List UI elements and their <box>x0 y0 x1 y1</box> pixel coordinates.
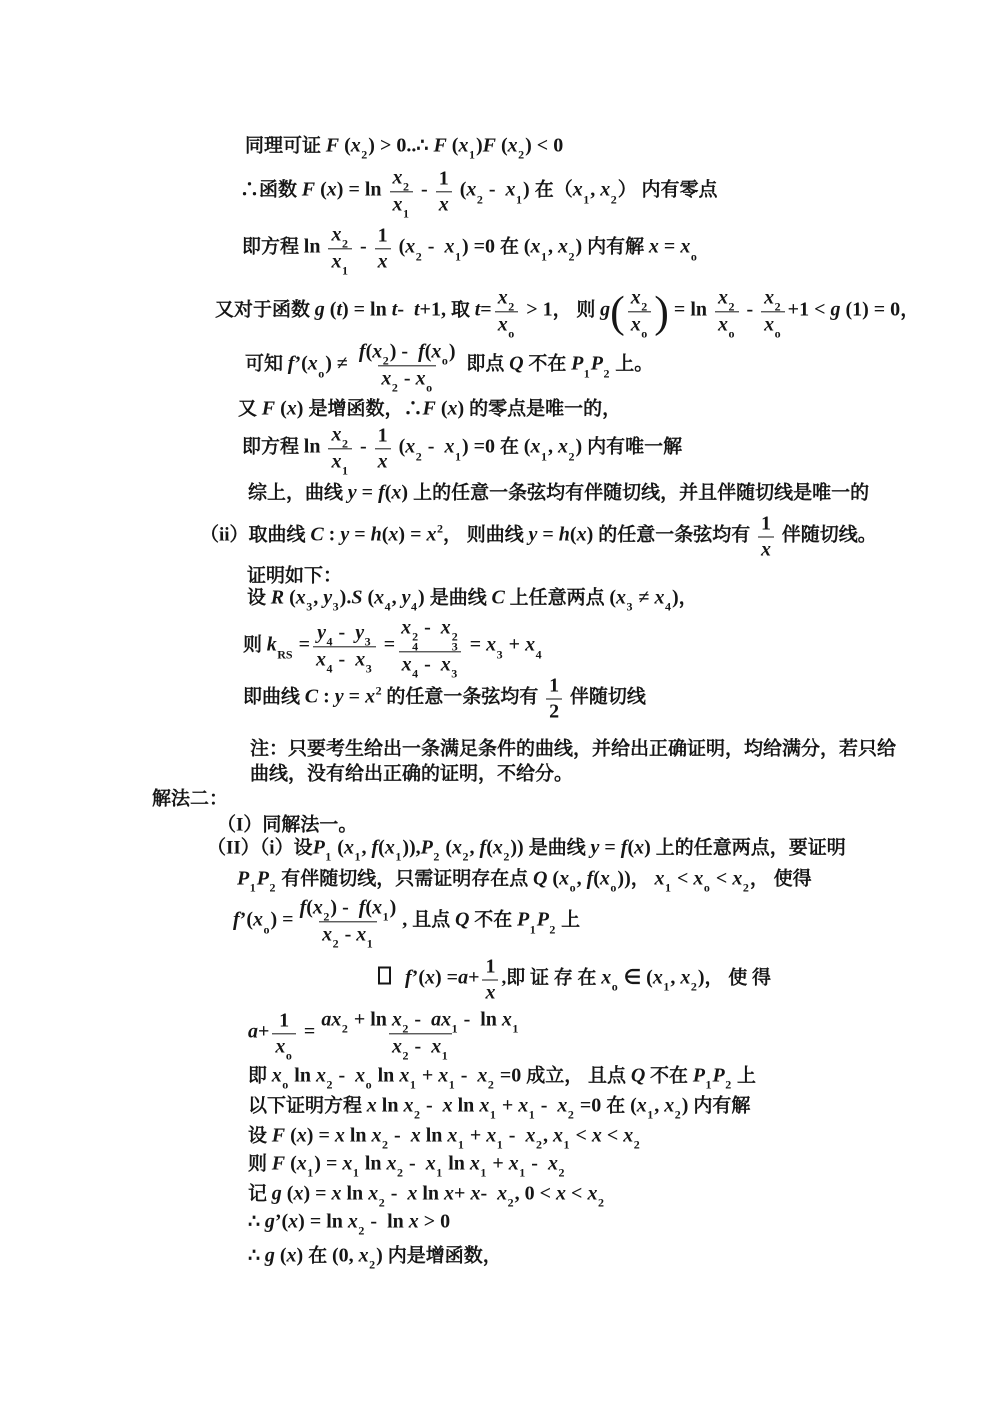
line-28: ∴ g’(x) = ln x2 - ln x > 0 <box>248 1210 450 1235</box>
text-run: 的任意一条弦均有 <box>598 525 755 546</box>
math-run: ≠ <box>634 586 655 608</box>
subscript: 1 <box>530 922 536 936</box>
fraction-numerator: ax2 + ln x2 - ax1 - ln x1 <box>318 1007 522 1033</box>
math-run: ) < 0 <box>525 134 563 156</box>
math-run: x <box>623 1124 633 1146</box>
math-run: x <box>372 896 382 918</box>
math-run: + <box>497 1094 518 1116</box>
math-run: - <box>536 1094 558 1116</box>
text-run: 有伴随切线，只需证明存在点 <box>276 868 533 889</box>
math-run: x <box>297 1152 307 1174</box>
math-run: x <box>558 436 568 458</box>
line-22: a+1xo =ax2 + ln x2 - ax1 - ln x1x2 - x1 <box>248 1007 525 1060</box>
subscript: 1 <box>541 249 547 263</box>
fraction-denominator: x2 - x1 <box>389 1034 452 1061</box>
math-run: ( <box>547 867 559 889</box>
fraction-numerator: 1 <box>436 167 452 192</box>
math-run: S <box>351 586 362 608</box>
line-8: 综上，曲线 y = f(x) 上的任意一条弦均有伴随切线，并且伴随切线是唯一的 <box>248 478 869 505</box>
math-run: x <box>392 1036 402 1058</box>
math-run: x <box>485 982 495 1004</box>
fraction-numerator: 1 <box>276 1008 292 1033</box>
text-run: 注：只要考生给出一条满足条件的曲线，并给出正确证明，均给满分，若只给 <box>250 739 896 760</box>
math-run: x <box>331 423 341 445</box>
math-run: x <box>680 236 690 258</box>
math-run: x <box>441 1008 451 1030</box>
math-run: x <box>601 967 611 989</box>
math-run: y <box>323 586 332 608</box>
math-run: x <box>631 286 641 308</box>
math-run: - <box>355 236 372 258</box>
math-run: - <box>399 368 416 390</box>
math-run: : <box>318 686 335 708</box>
missing-glyph-box <box>378 967 391 985</box>
math-run: F <box>272 1152 285 1174</box>
fraction: 1x <box>375 224 391 275</box>
math-run: = <box>379 634 395 656</box>
math-run: = <box>465 634 486 656</box>
subscript: 2 <box>604 366 610 380</box>
math-run: ). <box>340 586 352 608</box>
math-run: ( <box>325 299 337 321</box>
fraction-denominator: x2 - xo <box>378 366 436 393</box>
subscript: 2 <box>568 249 574 263</box>
text-run: 上任意两点 <box>505 587 610 608</box>
math-run: y <box>340 524 349 546</box>
math-run: , 0 < <box>515 1182 556 1204</box>
subscript: 2 <box>383 354 389 368</box>
fraction: y4 - y3x4 - x3 <box>313 620 376 673</box>
math-run: ) <box>672 586 679 608</box>
math-run: ln <box>360 1152 387 1174</box>
math-run: g <box>315 299 325 321</box>
subscript: 2 <box>342 437 348 451</box>
math-run: x <box>359 1244 369 1266</box>
math-run: x <box>441 654 451 676</box>
subscript: o <box>775 327 781 341</box>
math-run: x <box>331 251 341 273</box>
math-run: ( <box>284 586 296 608</box>
fraction-numerator: 1 <box>546 674 562 699</box>
text-run: ， <box>900 300 919 321</box>
line-2: ∴函数 F (x) = ln x2x1 - 1x (x2 - x1) 在（x1,… <box>240 165 718 218</box>
math-run: ) <box>297 1244 309 1266</box>
math-run: x <box>438 1064 448 1086</box>
math-run: P <box>591 353 603 375</box>
fraction: x2x1 <box>328 222 352 275</box>
text-run: 在 <box>606 1095 630 1116</box>
math-run: x <box>631 314 641 336</box>
subscript: 1 <box>584 366 590 380</box>
math-run: C <box>305 686 318 708</box>
math-run: x <box>498 286 508 308</box>
math-run: F <box>483 134 496 156</box>
math-run: , <box>577 867 587 889</box>
math-run: ’( <box>412 967 425 989</box>
math-run: ( <box>282 1182 294 1204</box>
math-run: ) =0 <box>462 436 500 458</box>
math-run: x <box>509 1152 519 1174</box>
math-run: x <box>732 867 742 889</box>
subscript: 3 <box>365 635 371 649</box>
math-run: ) <box>587 524 599 546</box>
math-run: Q <box>455 909 469 931</box>
math-run: 1 <box>439 168 449 190</box>
math-run: x <box>761 539 771 561</box>
math-run: R <box>271 586 284 608</box>
math-run: = <box>599 836 620 858</box>
math-run: h <box>559 524 570 546</box>
math-run: ) <box>644 836 656 858</box>
subscript: 3 <box>627 600 633 614</box>
fraction-denominator: x <box>436 192 452 218</box>
math-run: x <box>486 634 496 656</box>
math-run: x <box>385 836 395 858</box>
subscript: 2 <box>269 881 275 895</box>
fraction: x2xo <box>761 285 785 338</box>
math-run: x <box>372 340 382 362</box>
subscript: o <box>264 922 270 936</box>
subscript: 2 <box>416 449 422 463</box>
fraction: x2x1 <box>328 422 352 475</box>
math-run: - <box>386 1182 408 1204</box>
subscript: 2 <box>402 1022 408 1036</box>
math-run: ( <box>455 179 467 201</box>
subscript: 1 <box>583 192 589 206</box>
subscript: 2 <box>743 881 749 895</box>
fraction-denominator: x4 - x3 <box>313 647 376 674</box>
math-run: f <box>233 909 240 931</box>
subscript: 2 <box>598 1196 604 1210</box>
math-run: x <box>378 451 388 473</box>
fraction-denominator: x1 <box>328 449 352 476</box>
math-run: g <box>272 1182 282 1204</box>
fraction-denominator: 2 <box>546 699 562 725</box>
math-run: x <box>372 1124 382 1146</box>
math-run: ln <box>304 236 326 258</box>
math-run: , <box>590 179 600 201</box>
superscript: 2 <box>376 683 382 697</box>
math-run: F <box>262 398 275 420</box>
text-run: 在 <box>500 237 524 258</box>
math-run: x <box>508 134 518 156</box>
fraction: x24 - x23x4 - x3 <box>398 615 462 678</box>
math-run: x <box>253 909 263 931</box>
math-run: x <box>506 179 516 201</box>
math-run: ln <box>345 1124 372 1146</box>
subscript: 2 <box>416 249 422 263</box>
text-run: 即曲线 <box>243 687 305 708</box>
subscript: 2 <box>463 850 469 864</box>
math-run: - <box>416 179 433 201</box>
subscript: 2 <box>358 1224 364 1238</box>
subscript: 3 <box>306 600 312 614</box>
math-run: ( <box>394 436 406 458</box>
math-run: P <box>537 909 549 931</box>
math-run: ) = <box>303 1182 331 1204</box>
line-1: 同理可证 F (x2) > 0..∴ F (x1)F (x2) < 0 <box>245 130 563 159</box>
math-run: x <box>470 1182 480 1204</box>
math-run: ( <box>436 398 448 420</box>
subscript: 2 <box>549 922 555 936</box>
math-run: ln <box>342 1182 369 1204</box>
math-run: x <box>556 1182 566 1204</box>
math-run: , <box>543 1124 553 1146</box>
text-run: 伴随切线 <box>565 687 646 708</box>
math-run: x <box>559 867 569 889</box>
text-run: ∴ <box>248 1245 265 1266</box>
text-run: 即方程 <box>242 437 304 458</box>
subscript: o <box>691 249 697 263</box>
subscript: o <box>729 327 735 341</box>
text-run: ， 使得 <box>750 868 812 889</box>
line-29: ∴ g (x) 在 (0, x2) 内是增函数， <box>248 1240 502 1269</box>
math-run: x <box>316 649 326 671</box>
fraction: 1x <box>482 955 498 1006</box>
math-run: x <box>387 1152 397 1174</box>
math-run: - <box>526 1152 548 1174</box>
math-run: ) <box>297 398 309 420</box>
math-run: x <box>458 134 468 156</box>
math-run: x <box>664 1094 674 1116</box>
math-run: - <box>397 299 414 321</box>
fraction-denominator: x2 - x1 <box>319 922 377 949</box>
math-run: , <box>313 586 323 608</box>
math-run: x <box>331 223 341 245</box>
math-run: = <box>659 236 680 258</box>
fraction: x2xo <box>628 285 652 338</box>
math-run: + <box>487 1152 508 1174</box>
math-run: - <box>742 299 759 321</box>
math-run: x <box>365 686 375 708</box>
text-run: 不在 <box>645 1065 693 1086</box>
text-run: 上 <box>732 1065 756 1086</box>
math-run: x <box>426 524 436 546</box>
subscript: 1 <box>455 249 461 263</box>
line-21: f’(x) =a+1x,即 证 存 在 xo ∈ (x1, x2)， 使 得 <box>378 955 771 1006</box>
text-run: 即点 <box>462 354 510 375</box>
math-run: ln <box>304 436 326 458</box>
math-run: x <box>600 179 610 201</box>
math-run: x <box>764 314 774 336</box>
math-run: ( <box>447 134 459 156</box>
subscript: 1 <box>395 850 401 864</box>
math-run: ) ≠ <box>325 353 353 375</box>
math-run: y <box>402 586 411 608</box>
math-run: x <box>444 436 454 458</box>
subscript: 2 <box>675 1108 681 1122</box>
math-run: ) - <box>330 896 358 918</box>
math-run: x <box>367 1094 377 1116</box>
text-run: 综上，曲线 <box>248 483 348 504</box>
math-run: ( <box>630 1094 637 1116</box>
math-run: F <box>302 179 315 201</box>
math-run: Q <box>533 867 547 889</box>
math-run: ( <box>332 836 344 858</box>
math-run: x <box>653 967 663 989</box>
math-run: > 0 <box>419 1210 450 1232</box>
math-run: ) > 0.. <box>368 134 416 156</box>
subscript: 2 <box>361 148 367 162</box>
text-run: 是增函数，∴ <box>308 399 422 420</box>
math-run: x <box>308 353 318 375</box>
subscript: 2 <box>503 850 509 864</box>
math-run: )), <box>402 836 420 858</box>
math-run: < <box>602 1124 623 1146</box>
subscript: 1 <box>367 937 373 951</box>
math-run: C <box>491 586 504 608</box>
line-25: 设 F (x) = x ln x2 - x ln x1 + x1 - x2, x… <box>248 1120 641 1149</box>
subscript: 4 <box>385 600 391 614</box>
text-run: ,即 证 存 在 <box>501 968 601 989</box>
fraction: 12 <box>546 674 562 725</box>
math-run: h <box>371 524 382 546</box>
math-run: x <box>272 1064 282 1086</box>
text-run: 不在 <box>524 354 572 375</box>
math-run: ) = <box>314 1152 342 1174</box>
fraction-numerator: x2 <box>328 222 352 248</box>
sup-sub-stack: 23 <box>452 632 458 651</box>
fraction: 1x <box>758 512 774 563</box>
subscript: 2 <box>379 1196 385 1210</box>
math-run: ( <box>593 867 600 889</box>
fraction-numerator: x2 <box>390 165 414 191</box>
math-run: +1 < <box>788 299 831 321</box>
math-run: ) = ln <box>298 1210 348 1232</box>
math-run: =0 <box>575 1094 606 1116</box>
math-run: x <box>637 1094 647 1116</box>
math-run: x <box>426 1152 436 1174</box>
math-run: ( <box>486 836 493 858</box>
text-run: 设 <box>248 1125 272 1146</box>
math-run: - <box>456 1064 478 1086</box>
math-run: f <box>359 340 366 362</box>
math-run: ( <box>570 524 577 546</box>
fraction: ax2 + ln x2 - ax1 - ln x1x2 - x1 <box>318 1007 522 1060</box>
text-run: 即方程 <box>242 237 304 258</box>
math-run: ( <box>339 134 351 156</box>
math-run: x <box>573 179 583 201</box>
math-run: x <box>577 524 587 546</box>
math-run: x <box>399 1064 409 1086</box>
fraction-numerator: x2 <box>495 285 519 311</box>
math-run: k <box>267 634 277 656</box>
subscript: 2 <box>508 300 514 314</box>
math-run: - <box>423 436 445 458</box>
text-run: ， 则曲线 <box>443 525 529 546</box>
math-run: a <box>321 1008 331 1030</box>
text-run: 上的任意一条弦均有伴随切线，并且伴随切线是唯一的 <box>413 483 869 504</box>
math-run: y <box>355 621 364 643</box>
math-run: x <box>680 967 690 989</box>
fraction: f(x2) - f(x1)x2 - x1 <box>297 895 400 948</box>
math-run: ( <box>394 236 406 258</box>
math-run: ’( <box>275 1210 288 1232</box>
fraction: 1x <box>436 167 452 218</box>
math-run: 1 <box>485 956 495 978</box>
math-run: ) <box>698 967 705 989</box>
math-run: + <box>417 1064 438 1086</box>
math-run: = <box>344 686 365 708</box>
line-27: 记 g (x) = x ln x2 - x ln x+ x- x2, 0 < x… <box>248 1178 605 1207</box>
math-run: x <box>655 867 665 889</box>
math-run: x <box>447 1124 457 1146</box>
math-run: g <box>830 299 840 321</box>
math-run: Q <box>631 1064 645 1086</box>
math-run: x <box>381 368 391 390</box>
line-13: 即曲线 C : y = x2 的任意一条弦均有 12 伴随切线 <box>243 674 646 725</box>
text-run: 同理可证 <box>245 135 326 156</box>
line-3: 即方程 ln x2x1 - 1x (x2 - x1) =0 在 (x1, x2)… <box>242 222 698 275</box>
math-run: F <box>433 134 446 156</box>
math-run: x <box>654 586 664 608</box>
math-run: Q <box>509 353 523 375</box>
math-run: x <box>634 836 644 858</box>
subscript: 2 <box>641 300 647 314</box>
fraction: f(x2) - f(xo)x2 - xo <box>356 339 459 392</box>
subscript: 2 <box>729 300 735 314</box>
subscript: 3 <box>333 600 339 614</box>
math-run: x <box>600 867 610 889</box>
math-run: P <box>571 353 583 375</box>
subscript: 2 <box>508 1196 514 1210</box>
text-run: 不在 <box>469 910 517 931</box>
math-run: x <box>764 286 774 308</box>
math-run: x <box>296 586 306 608</box>
line-26: 则 F (x1) = x1 ln x2 - x1 ln x1 + x1 - x2 <box>248 1148 565 1177</box>
line-5: 可知 f’(xo) ≠ f(x2) - f(xo)x2 - xo 即点 Q 不在… <box>245 339 653 392</box>
math-run: x <box>447 398 457 420</box>
math-run: (1) = 0 <box>840 299 900 321</box>
math-run: x <box>477 1064 487 1086</box>
math-run: x <box>403 1094 413 1116</box>
subscript: o <box>570 881 576 895</box>
math-run: - ln <box>459 1008 502 1030</box>
math-run <box>395 967 405 989</box>
math-run: f <box>405 967 412 989</box>
math-run: ) - <box>390 340 418 362</box>
math-run: x <box>275 1035 285 1057</box>
math-run: x <box>502 1008 512 1030</box>
math-run: = ln <box>669 299 712 321</box>
fraction-numerator: x2 <box>628 285 652 311</box>
text-run: 取 <box>451 300 475 321</box>
fraction-numerator: 1 <box>758 512 774 537</box>
subscript: 2 <box>518 148 524 162</box>
text-run: ， 使 得 <box>705 968 772 989</box>
subscript: 2 <box>403 180 409 194</box>
fraction-denominator: xo <box>715 312 739 339</box>
math-run: y <box>348 482 357 504</box>
math-run: - <box>419 654 441 676</box>
math-run: ) = ln <box>337 179 387 201</box>
math-run: x <box>498 314 508 336</box>
text-run: 内有解 <box>587 237 649 258</box>
math-run: ) <box>523 179 535 201</box>
big-paren: ( <box>610 290 625 334</box>
math-run: ) <box>390 896 397 918</box>
subscript: 2 <box>369 1258 375 1272</box>
math-run: x <box>374 586 384 608</box>
line-16: 解法二： <box>152 784 228 811</box>
math-run: x <box>368 1182 378 1204</box>
math-run: = <box>294 634 310 656</box>
math-run: ( <box>275 398 287 420</box>
math-run: ’( <box>240 909 253 931</box>
text-run: 则 <box>243 635 267 656</box>
subscript: o <box>318 366 324 380</box>
text-run: 的零点是唯一的， <box>469 399 621 420</box>
